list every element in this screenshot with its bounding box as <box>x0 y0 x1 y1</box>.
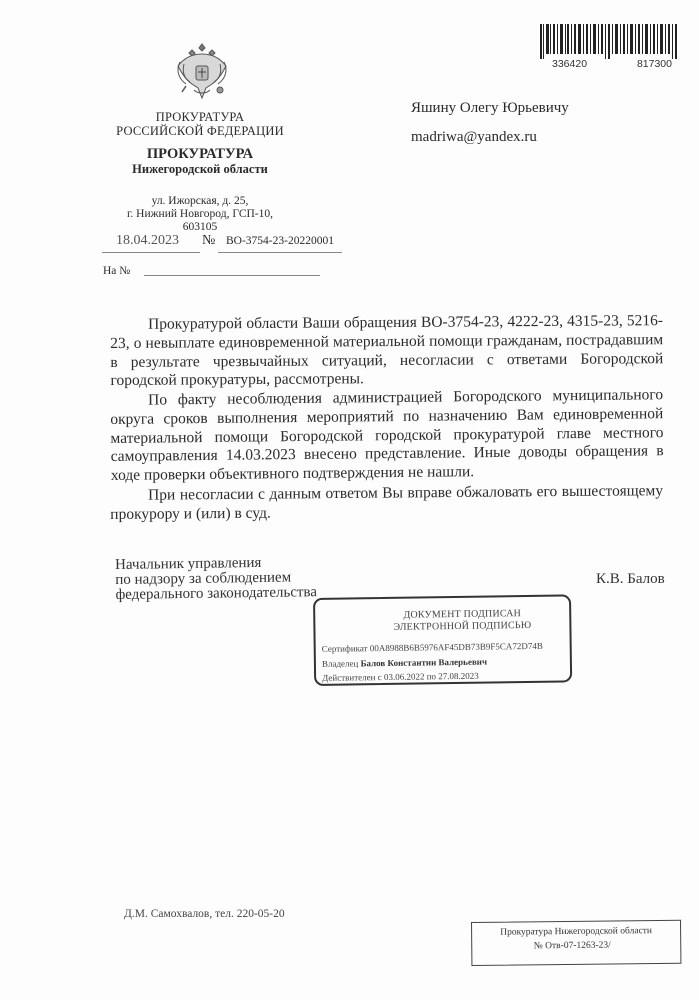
document-number: ВО-3754-23-20220001 <box>226 235 334 247</box>
number-underline <box>218 252 342 253</box>
body-paragraph-1: Прокуратурой области Ваши обращения ВО-3… <box>110 312 664 391</box>
stamp-owner: Владелец Балов Константин Валерьевич <box>322 657 487 669</box>
valid-from-label: с <box>378 672 382 682</box>
registration-number: № Отв-07-1263-23/ <box>472 940 680 952</box>
barcode-icon <box>538 24 684 59</box>
executor-contact: Д.М. Самохвалов, тел. 220-05-20 <box>124 908 285 920</box>
document-date: 18.04.2023 <box>116 233 179 249</box>
date-underline <box>102 252 200 253</box>
address-line-1: ул. Ижорская, д. 25, <box>112 195 288 208</box>
stamp-heading-line-2: ЭЛЕКТРОННОЙ ПОДПИСЬЮ <box>355 619 569 634</box>
certificate-value: 00A8988B6B5976AF45DB73B9F5CA72D74B <box>370 641 543 653</box>
paragraph-text: При несогласии с данным ответом Вы вправ… <box>110 482 663 524</box>
recipient-email: madriwa@yandex.ru <box>411 129 537 146</box>
body-paragraph-2: По факту несоблюдения администрацией Бог… <box>110 386 664 486</box>
certificate-label: Сертификат <box>322 643 368 654</box>
owner-label: Владелец <box>322 658 359 669</box>
valid-from: 03.06.2022 <box>384 671 425 682</box>
barcode-right-number: 817300 <box>637 58 672 70</box>
barcode-left-number: 336420 <box>552 58 587 70</box>
registration-org: Прокуратура Нижегородской области <box>472 926 680 938</box>
signatory-title-line-3: федерального законодательства <box>115 585 317 603</box>
stamp-certificate: Сертификат 00A8988B6B5976AF45DB73B9F5CA7… <box>322 641 543 654</box>
address-line-2: г. Нижний Новгород, ГСП-10, 603105 <box>112 208 288 234</box>
barcode-number: 336420 817300 <box>538 58 684 70</box>
russian-coat-of-arms-icon <box>172 40 232 102</box>
org-name-block: ПРОКУРАТУРА РОССИЙСКОЙ ФЕДЕРАЦИИ <box>112 110 288 138</box>
signatory-name: К.В. Балов <box>596 571 665 588</box>
reply-to-label: На № <box>103 265 130 277</box>
registration-stamp: Прокуратура Нижегородской области № Отв-… <box>471 920 681 966</box>
stamp-validity: Действителен с 03.06.2022 по 27.08.2023 <box>322 671 479 683</box>
owner-value: Балов Константин Валерьевич <box>360 657 487 669</box>
body-paragraph-3: При несогласии с данным ответом Вы вправ… <box>110 482 663 524</box>
valid-to-label: по <box>427 671 436 681</box>
paragraph-text: Прокуратурой области Ваши обращения ВО-3… <box>110 312 664 391</box>
valid-to: 27.08.2023 <box>438 671 479 682</box>
electronic-signature-stamp: ДОКУМЕНТ ПОДПИСАН ЭЛЕКТРОННОЙ ПОДПИСЬЮ С… <box>313 594 572 686</box>
reply-to-underline <box>144 275 320 276</box>
recipient-name: Яшину Олегу Юрьевичу <box>411 100 569 117</box>
number-sign: № <box>202 233 215 249</box>
org-title: ПРОКУРАТУРА <box>112 146 288 162</box>
valid-label: Действителен <box>322 672 375 683</box>
org-line-1: ПРОКУРАТУРА <box>112 110 288 124</box>
org-line-2: РОССИЙСКОЙ ФЕДЕРАЦИИ <box>112 124 288 138</box>
org-region: Нижегородской области <box>112 162 288 176</box>
paragraph-text: По факту несоблюдения администрацией Бог… <box>110 386 664 486</box>
signatory-title: Начальник управления по надзору за соблю… <box>115 555 317 603</box>
stamp-heading: ДОКУМЕНТ ПОДПИСАН ЭЛЕКТРОННОЙ ПОДПИСЬЮ <box>315 607 569 635</box>
